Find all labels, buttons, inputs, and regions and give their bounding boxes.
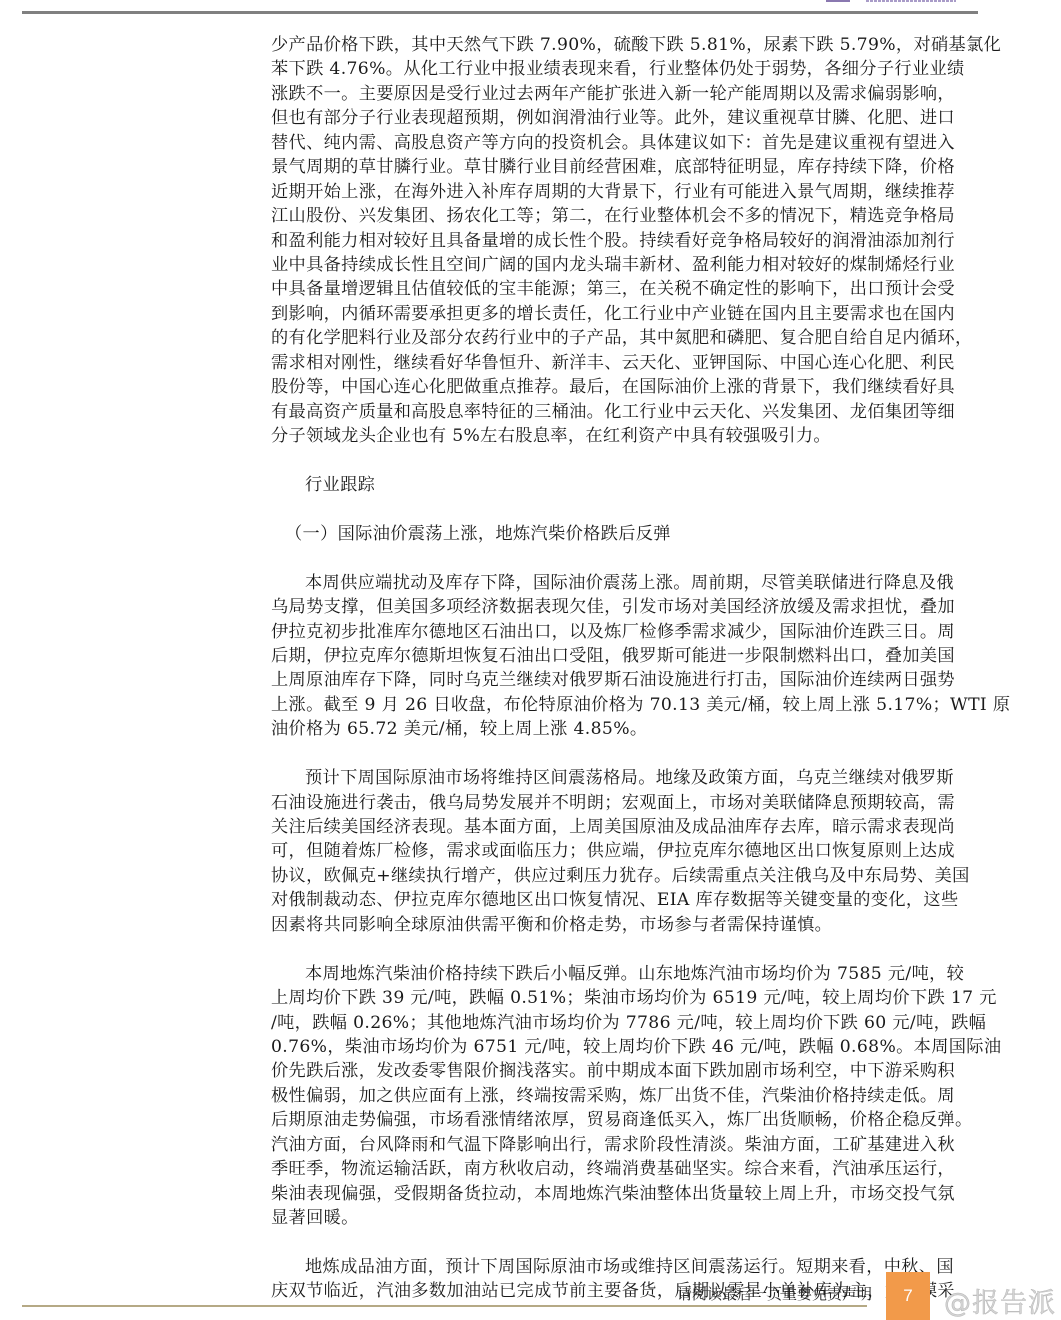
header-rule xyxy=(22,11,978,14)
text-line: 替代、纯内需、高股息资产等方向的投资机会。具体建议如下：首先是建议重视有望进入 xyxy=(271,131,1033,155)
disclaimer-note: 请阅读最后一页重要免责声明 xyxy=(640,1283,872,1304)
page-number: 7 xyxy=(903,1286,912,1306)
spacer xyxy=(271,937,1033,961)
text-line: /吨，跌幅 0.26%；其他地炼汽油市场均价为 7786 元/吨，较上周均价下跌… xyxy=(271,1011,1033,1035)
text-line: 涨跌不一。主要原因是受行业过去两年产能扩张进入新一轮产能周期以及需求偏弱影响， xyxy=(271,82,1033,106)
text-line: 景气周期的草甘膦行业。草甘膦行业目前经营困难，底部特征明显，库存持续下降，价格 xyxy=(271,155,1033,179)
text-line: 股份等，中国心连心化肥做重点推荐。最后，在国际油价上涨的背景下，我们继续看好具 xyxy=(271,375,1033,399)
text-line: 后期原油走势偏强，市场看涨情绪浓厚，贸易商逢低买入，炼厂出货顺畅，价格企稳反弹。 xyxy=(271,1108,1033,1132)
text-line: 因素将共同影响全球原油供需平衡和价格走势，市场参与者需保持谨慎。 xyxy=(271,913,1033,937)
text-line: 后期，伊拉克库尔德斯坦恢复石油出口受阻，俄罗斯可能进一步限制燃料出口，叠加美国 xyxy=(271,644,1033,668)
text-line: 但也有部分子行业表现超预期，例如润滑油行业等。此外，建议重视草甘膦、化肥、进口 xyxy=(271,106,1033,130)
text-line: 和盈利能力相对较好且具备量增的成长性个股。持续看好竞争格局较好的润滑油添加剂行 xyxy=(271,229,1033,253)
text-line: 有最高资产质量和高股息率特征的三桶油。化工行业中云天化、兴发集团、龙佰集团等细 xyxy=(271,400,1033,424)
text-line: 上涨。截至 9 月 26 日收盘，布伦特原油价格为 70.13 美元/桶，较上周… xyxy=(271,693,1033,717)
text-line: 油价格为 65.72 美元/桶，较上周上涨 4.85%。 xyxy=(271,717,1033,741)
text-line: 显著回暖。 xyxy=(271,1206,1033,1230)
spacer xyxy=(271,497,1033,521)
document-body: 少产品价格下跌，其中天然气下跌 7.90%，硫酸下跌 5.81%，尿素下跌 5.… xyxy=(271,33,1033,1304)
text-line: 业中具备持续成长性且空间广阔的国内龙头瑞丰新材、盈利能力相对较好的煤制烯烃行业 xyxy=(271,253,1033,277)
paragraph-local-refinery: 本周地炼汽柴油价格持续下跌后小幅反弹。山东地炼汽油市场均价为 7585 元/吨，… xyxy=(271,962,1033,1231)
text-line: 到影响，内循环需要承担更多的增长责任，化工行业中产业链在国内且主要需求也在国内 xyxy=(271,302,1033,326)
text-line: 近期开始上涨，在海外进入补库存周期的大背景下，行业有可能进入景气周期，继续推荐 xyxy=(271,180,1033,204)
spacer xyxy=(271,546,1033,570)
text-line: 乌局势支撑，但美国多项经济数据表现欠佳，引发市场对美国经济放缓及需求担忧，叠加 xyxy=(271,595,1033,619)
text-line: 需求相对刚性，继续看好华鲁恒升、新洋丰、云天化、亚钾国际、中国心连心化肥、利民 xyxy=(271,351,1033,375)
paragraph-oil-price: 本周供应端扰动及库存下降，国际油价震荡上涨。周前期，尽管美联储进行降息及俄 乌局… xyxy=(271,571,1033,742)
text-line: 季旺季，物流运输活跃，南方秋收启动，终端消费基础坚实。综合来看，汽油承压运行， xyxy=(271,1157,1033,1181)
text-line: 江山股份、兴发集团、扬农化工等；第二，在行业整体机会不多的情况下，精选竞争格局 xyxy=(271,204,1033,228)
footer-rule xyxy=(22,1305,867,1307)
text-line: 汽油方面，台风降雨和气温下降影响出行，需求阶段性清淡。柴油方面，工矿基建进入秋 xyxy=(271,1133,1033,1157)
text-line: 柴油表现偏强，受假期备货拉动，本周地炼汽柴油整体出货量较上周上升，市场交投气氛 xyxy=(271,1182,1033,1206)
watermark: @报告派 xyxy=(944,1281,1056,1320)
text-line: 对俄制裁动态、伊拉克库尔德地区出口恢复情况、EIA 库存数据等关键变量的变化，这… xyxy=(271,888,1033,912)
logo-icon xyxy=(826,0,850,2)
paragraph-investment-view: 少产品价格下跌，其中天然气下跌 7.90%，硫酸下跌 5.81%，尿素下跌 5.… xyxy=(271,33,1033,448)
text-line: 预计下周国际原油市场将维持区间震荡格局。地缘及政策方面，乌克兰继续对俄罗斯 xyxy=(271,766,1033,790)
spacer xyxy=(271,1230,1033,1254)
text-line: 0.76%，柴油市场均价为 6751 元/吨，较上周均价下跌 46 元/吨，跌幅… xyxy=(271,1035,1033,1059)
text-line: 苯下跌 4.76%。从化工行业中报业绩表现来看，行业整体仍处于弱势，各细分子行业… xyxy=(271,57,1033,81)
section-title: 行业跟踪 xyxy=(271,473,1033,497)
text-line: 中具备量增逻辑且估值较低的宝丰能源；第三，在关税不确定性的影响下，出口预计会受 xyxy=(271,277,1033,301)
spacer xyxy=(271,448,1033,472)
page-number-badge: 7 xyxy=(886,1272,930,1320)
text-line: 价先跌后涨，发改委零售限价搁浅落实。前中期成本面下跌加剧市场利空，中下游采购积 xyxy=(271,1059,1033,1083)
paragraph-oil-outlook: 预计下周国际原油市场将维持区间震荡格局。地缘及政策方面，乌克兰继续对俄罗斯 石油… xyxy=(271,766,1033,937)
text-line: 本周供应端扰动及库存下降，国际油价震荡上涨。周前期，尽管美联储进行降息及俄 xyxy=(271,571,1033,595)
text-line: 伊拉克初步批准库尔德地区石油出口，以及炼厂检修季需求减少，国际油价连跌三日。周 xyxy=(271,620,1033,644)
text-line: 可，但随着炼厂检修，需求或面临压力；供应端，伊拉克库尔德地区出口恢复原则上达成 xyxy=(271,839,1033,863)
spacer xyxy=(271,742,1033,766)
text-line: 的有化学肥料行业及部分农药行业中的子产品，其中氮肥和磷肥、复合肥自给自足内循环， xyxy=(271,326,1033,350)
text-line: 关注后续美国经济表现。基本面方面，上周美国原油及成品油库存去库，暗示需求表现尚 xyxy=(271,815,1033,839)
text-line: 少产品价格下跌，其中天然气下跌 7.90%，硫酸下跌 5.81%，尿素下跌 5.… xyxy=(271,33,1033,57)
text-line: 分子领域龙头企业也有 5%左右股息率，在红利资产中具有较强吸引力。 xyxy=(271,424,1033,448)
text-line: 协议，欧佩克+继续执行增产，供应过剩压力犹存。后续需重点关注俄乌及中东局势、美国 xyxy=(271,864,1033,888)
subsection-title: （一）国际油价震荡上涨，地炼汽柴价格跌后反弹 xyxy=(271,522,1033,546)
text-line: 上周均价下跌 39 元/吨，跌幅 0.51%；柴油市场均价为 6519 元/吨，… xyxy=(271,986,1033,1010)
text-line: 极性偏弱，加之供应面有上涨，终端按需采购，炼厂出货不佳，汽柴油价格持续走低。周 xyxy=(271,1084,1033,1108)
text-line: 上周原油库存下降，同时乌克兰继续对俄罗斯石油设施进行打击，国际油价连续两日强势 xyxy=(271,668,1033,692)
text-line: 本周地炼汽柴油价格持续下跌后小幅反弹。山东地炼汽油市场均价为 7585 元/吨，… xyxy=(271,962,1033,986)
logo-text xyxy=(866,0,956,2)
text-line: 石油设施进行袭击，俄乌局势发展并不明朗；宏观面上，市场对美联储降息预期较高，需 xyxy=(271,791,1033,815)
